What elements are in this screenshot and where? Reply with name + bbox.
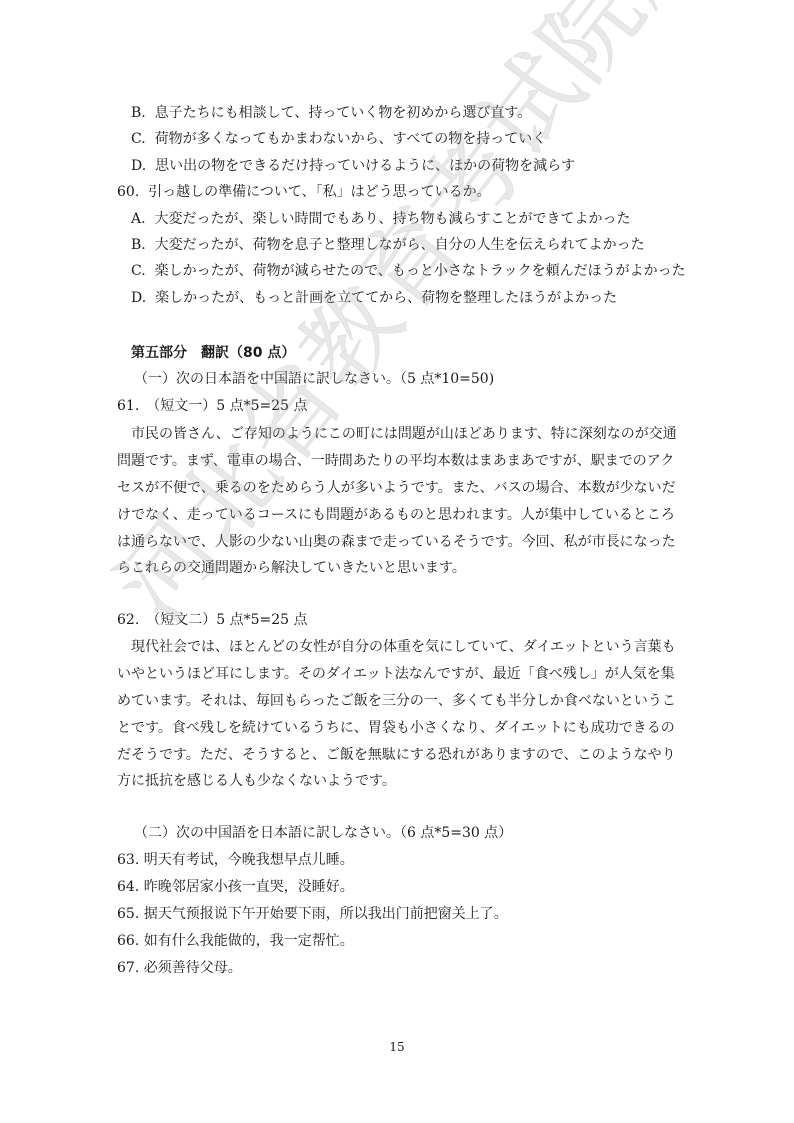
- option-text: 思い出の物をできるだけ持っていけるように、ほかの荷物を減らす: [155, 158, 575, 174]
- q61-line: らこれらの交通問題から解決していきたいと思います。: [117, 558, 677, 578]
- option-text: 大変だったが、楽しい時間でもあり、持ち物も減らすことができてよかった: [154, 211, 630, 227]
- q60-stem: 60. 引っ越しの準備について、「私」はどう思っているか。: [117, 182, 491, 202]
- q62-line: だそうです。ただ、そうすると、ご飯を無駄にする恐れがありますので、このようなやり: [117, 745, 677, 765]
- option-label: C.: [131, 263, 146, 279]
- q61-line: けでなく、走っているコースにも問題があるものと思われます。人が集中しているところ: [117, 505, 677, 525]
- option-label: D.: [131, 158, 146, 174]
- option-label: B.: [131, 105, 146, 121]
- q60-option-a: A. 大変だったが、楽しい時間でもあり、持ち物も減らすことができてよかった: [131, 209, 630, 229]
- option-text: 大変だったが、荷物を息子と整理しながら、自分の人生を伝えられてよかった: [155, 237, 645, 253]
- option-text: 荷物が多くなってもかまわないから、すべての物を持っていく: [155, 131, 547, 147]
- option-label: B.: [131, 237, 146, 253]
- q61-header: 61. （短文一）5 点*5=25 点: [117, 396, 308, 416]
- q66: 66. 如有什么我能做的，我一定帮忙。: [117, 931, 354, 951]
- q62-line: 現代社会では、ほとんどの女性が自分の体重を気にしていて、ダイエットという言葉も: [117, 637, 677, 657]
- option-label: A.: [131, 211, 146, 227]
- option-text: 楽しかったが、荷物が減らせたので、もっと小さなトラックを頼んだほうがよかった: [155, 263, 686, 279]
- q61-line: セスが不便で、乗るのをためらう人が多いようです。また、バスの場合、本数が少ないだ: [117, 478, 677, 498]
- q59-option-c: C. 荷物が多くなってもかまわないから、すべての物を持っていく: [131, 129, 546, 149]
- q62-header: 62. （短文二）5 点*5=25 点: [117, 610, 308, 630]
- part2-instruction: （二）次の中国語を日本語に訳しなさい。（6 点*5=30 点）: [134, 823, 512, 843]
- q63: 63. 明天有考试，今晚我想早点儿睡。: [117, 850, 354, 870]
- q61-line: は通らないで、人影の少ない山奥の森まで走っているそうです。今回、私が市長になった: [117, 532, 677, 552]
- exam-page: B. 息子たちにも相談して、持っていく物を初めから選び直す。 C. 荷物が多くな…: [0, 0, 794, 1123]
- q60-option-c: C. 楽しかったが、荷物が減らせたので、もっと小さなトラックを頼んだほうがよかっ…: [131, 261, 686, 281]
- section-title: 第五部分 翻訳（80 点）: [131, 343, 295, 363]
- q62-line: とです。食べ残しを続けているうちに、胃袋も小さくなり、ダイエットにも成功できるの: [117, 718, 677, 738]
- option-label: D.: [131, 290, 146, 306]
- q65: 65. 据天气预报说下午开始要下雨，所以我出门前把窗关上了。: [117, 904, 508, 924]
- q61-line: 問題です。まず、電車の場合、一時間あたりの平均本数はまあまあですが、駅までのアク: [117, 451, 677, 471]
- option-label: C.: [131, 131, 146, 147]
- q62-line: いやというほど耳にします。そのダイエット法なんですが、最近「食べ残し」が人気を集: [117, 664, 677, 684]
- q59-option-d: D. 思い出の物をできるだけ持っていけるように、ほかの荷物を減らす: [131, 156, 575, 176]
- q64: 64. 昨晚邻居家小孩一直哭，没睡好。: [117, 877, 354, 897]
- option-text: 息子たちにも相談して、持っていく物を初めから選び直す。: [155, 105, 532, 121]
- q60-option-d: D. 楽しかったが、もっと計画を立ててから、荷物を整理したほうがよかった: [131, 288, 617, 308]
- part1-instruction: （一）次の日本語を中国語に訳しなさい。（5 点*10=50): [134, 369, 494, 389]
- option-text: 楽しかったが、もっと計画を立ててから、荷物を整理したほうがよかった: [155, 290, 617, 306]
- page-number: 15: [0, 1040, 794, 1054]
- q60-option-b: B. 大変だったが、荷物を息子と整理しながら、自分の人生を伝えられてよかった: [131, 235, 645, 255]
- q61-line: 市民の皆さん、ご存知のようにこの町には問題が山ほどあります、特に深刻なのが交通: [117, 424, 677, 444]
- q67: 67. 必须善待父母。: [117, 958, 242, 978]
- q62-line: 方に抵抗を感じる人も少なくないようです。: [117, 771, 677, 791]
- question-text: 引っ越しの準備について、「私」はどう思っているか。: [148, 184, 490, 200]
- question-number: 60.: [117, 184, 139, 200]
- q59-option-b: B. 息子たちにも相談して、持っていく物を初めから選び直す。: [131, 103, 531, 123]
- q62-line: めています。それは、毎回もらったご飯を三分の一、多くても半分しか食べないというこ: [117, 691, 677, 711]
